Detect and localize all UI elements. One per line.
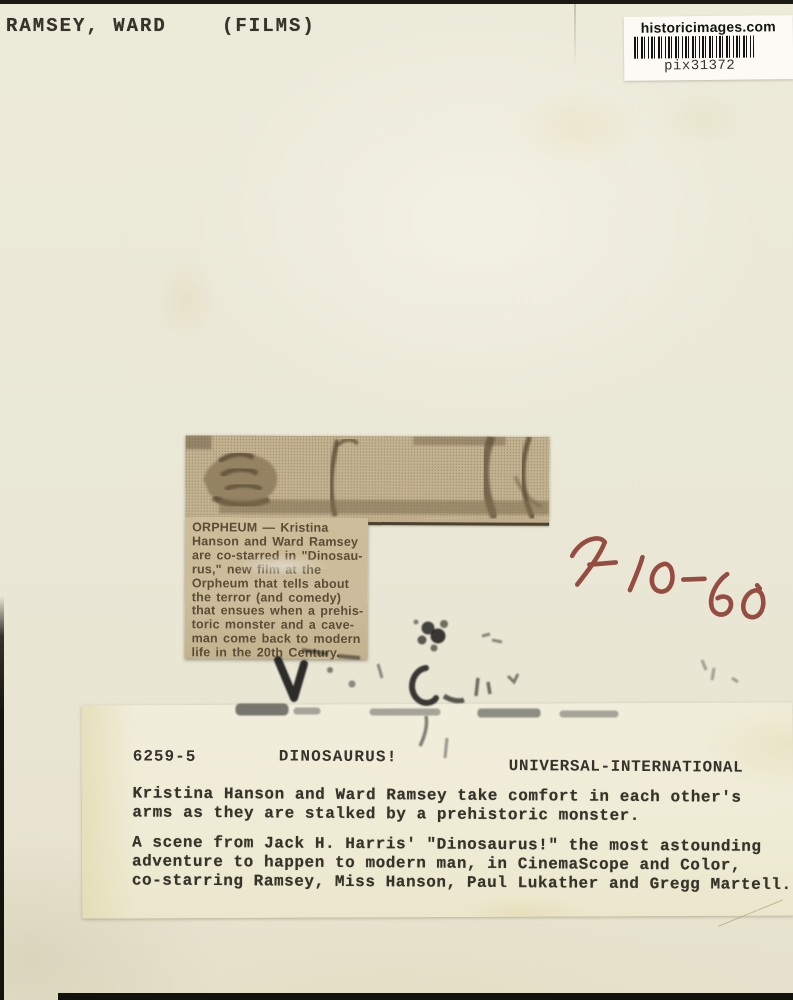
- studio-name: UNIVERSAL-INTERNATIONAL: [509, 757, 744, 777]
- press-photo-verso: RAMSEY, WARD (FILMS) historicimages.com …: [0, 0, 793, 1000]
- archive-code: pix31372: [606, 57, 793, 75]
- archive-barcode-label: historicimages.com pix31372: [624, 15, 793, 81]
- paper-crease: [574, 4, 576, 68]
- caption-paragraph: Kristina Hanson and Ward Ramsey take com…: [132, 784, 741, 826]
- clipping-column-rule: [368, 518, 549, 526]
- scan-edge-bottom: [58, 993, 793, 1000]
- clipping-caption-line: life in the 20th Century.: [192, 646, 368, 661]
- halftone-photo-image: [185, 435, 549, 519]
- scan-edge-top: [0, 0, 793, 4]
- newspaper-clipping: ORPHEUM — Kristina Hanson and Ward Ramse…: [185, 435, 550, 660]
- handwritten-date: 7-10-60: [554, 525, 782, 639]
- barcode-icon: [634, 36, 754, 59]
- clipping-caption: ORPHEUM — Kristina Hanson and Ward Ramse…: [185, 517, 369, 659]
- photo-number: 6259-5: [133, 747, 197, 765]
- scan-edge-left: [0, 596, 4, 1000]
- caption-erasure-smudge: [223, 549, 341, 582]
- typed-caption-sheet: 6259-5 DINOSAURUS! UNIVERSAL-INTERNATION…: [82, 702, 793, 918]
- film-title: DINOSAURUS!: [279, 747, 398, 766]
- archive-website: historicimages.com: [624, 15, 793, 36]
- typed-caption-content: 6259-5 DINOSAURUS! UNIVERSAL-INTERNATION…: [81, 705, 793, 923]
- caption-line: co-starring Ramsey, Miss Hanson, Paul Lu…: [132, 871, 792, 895]
- subject-category: (FILMS): [222, 15, 316, 37]
- caption-paragraph: A scene from Jack H. Harris' "Dinosaurus…: [132, 833, 792, 895]
- clipping-halftone-photo: [185, 435, 549, 519]
- subject-name: RAMSEY, WARD: [6, 15, 167, 37]
- handwritten-date-ink: [554, 525, 782, 639]
- typed-header: RAMSEY, WARD (FILMS): [6, 15, 167, 37]
